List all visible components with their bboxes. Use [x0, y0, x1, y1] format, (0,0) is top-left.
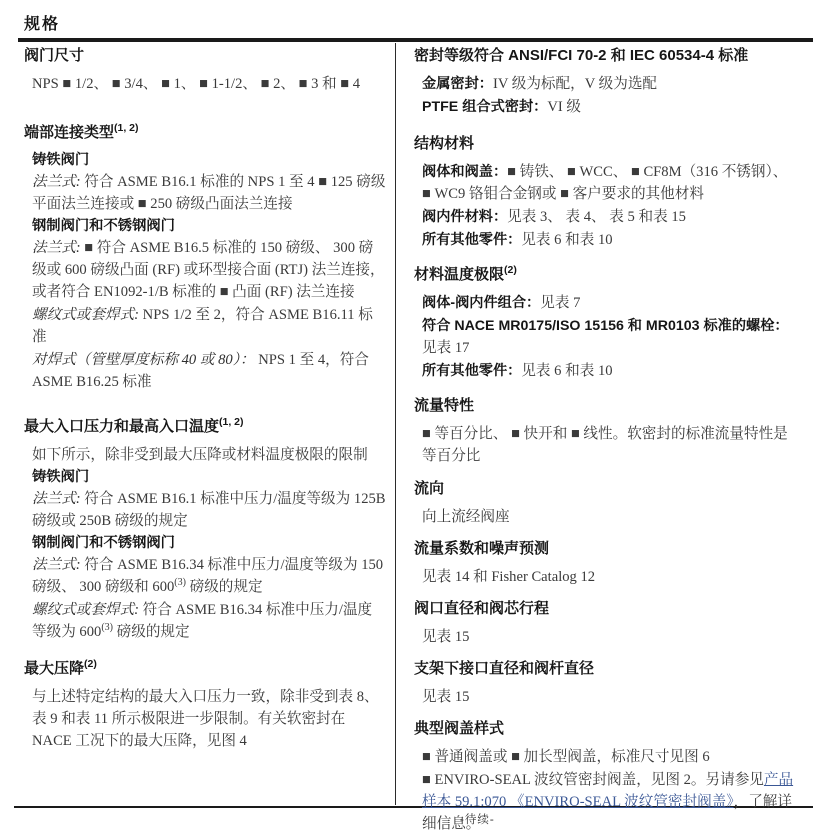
section-flow-coefficients: 流量系数和噪声预测 见表 14 和 Fisher Catalog 12: [414, 539, 794, 588]
flanged-label: 法兰式:: [32, 240, 81, 256]
other-parts-text: 见表 6 和表 10: [521, 363, 612, 379]
ptfe-seat-para: PTFE 组合式密封：VI 级: [422, 96, 794, 118]
max-inlet-intro: 如下所示，除非受到最大压降或材料温度极限的限制: [32, 444, 386, 466]
temperature-limits-heading-text: 材料温度极限: [414, 266, 504, 283]
section-port-diameters: 阀口直径和阀芯行程 见表 15: [414, 599, 794, 648]
rating-text: 磅级的规定: [186, 579, 263, 595]
yoke-boss-heading: 支架下接口直径和阀杆直径: [414, 659, 794, 679]
nace-bolting-label: 符合 NACE MR0175/ISO 15156 和 MR0103 标准的螺栓：: [422, 318, 789, 334]
right-column: 密封等级符合 ANSI/FCI 70-2 和 IEC 60534-4 标准 金属…: [414, 46, 794, 832]
trim-material-para: 阀内件材料：见表 3、 表 4、 表 5 和表 15: [422, 206, 794, 228]
section-valve-sizes: 阀门尺寸 NPS ■ 1/2、 ■ 3/4、 ■ 1、 ■ 1-1/2、 ■ 2…: [24, 46, 386, 95]
valve-sizes-body: NPS ■ 1/2、 ■ 3/4、 ■ 1、 ■ 1-1/2、 ■ 2、 ■ 3…: [32, 73, 386, 95]
max-pressure-drop-heading-text: 最大压降: [24, 660, 84, 677]
flow-characteristics-heading: 流量特性: [414, 396, 794, 416]
flow-coefficients-body: 见表 14 和 Fisher Catalog 12: [422, 566, 794, 588]
steel-valves-subheading: 钢制阀门和不锈钢阀门: [32, 216, 386, 236]
shutoff-class-heading: 密封等级符合 ANSI/FCI 70-2 和 IEC 60534-4 标准: [414, 46, 794, 66]
cast-iron-flanged-para: 法兰式: 符合 ASME B16.1 标准的 NPS 1 至 4 ■ 125 磅…: [32, 171, 386, 215]
section-bonnet-styles: 典型阀盖样式 ■ 普通阀盖或 ■ 加长型阀盖，标准尺寸见图 6 ■ ENVIRO…: [414, 719, 794, 832]
flow-coefficients-heading: 流量系数和噪声预测: [414, 539, 794, 559]
bonnet-styles-heading-text: 典型阀盖样式: [414, 720, 504, 737]
page-title: 规格: [24, 11, 60, 34]
port-diameters-heading-text: 阀口直径和阀芯行程: [414, 600, 549, 617]
bonnet-styles-heading: 典型阀盖样式: [414, 719, 794, 739]
buttweld-label: 对焊式（管壁厚度标称 40 或 80）：: [32, 352, 255, 368]
flow-direction-body: 向上流经阀座: [422, 506, 794, 528]
screwed-label: 螺纹式或套焊式:: [32, 307, 139, 323]
construction-materials-heading: 结构材料: [414, 134, 794, 154]
metal-seat-para: 金属密封：IV 级为标配，V 级为选配: [422, 73, 794, 95]
section-max-inlet: 最大入口压力和最高入口温度(1, 2) 如下所示，除非受到最大压降或材料温度极限…: [24, 417, 386, 643]
screwed-label: 螺纹式或套焊式:: [32, 602, 139, 618]
flanged-label: 法兰式:: [32, 491, 81, 507]
footnote-ref-1-2: (1, 2): [219, 416, 244, 428]
port-diameters-body: 见表 15: [422, 626, 794, 648]
section-end-connections: 端部连接类型(1, 2) 铸铁阀门 法兰式: 符合 ASME B16.1 标准的…: [24, 123, 386, 393]
yoke-boss-heading-text: 支架下接口直径和阀杆直径: [414, 660, 594, 677]
steel-rating-para: 法兰式: 符合 ASME B16.34 标准中压力/温度等级为 150 磅级、 …: [32, 554, 386, 598]
footnote-ref-2: (2): [84, 658, 97, 670]
other-parts-para: 所有其他零件：见表 6 和表 10: [422, 229, 794, 251]
body-trim-combo-text: 见表 7: [540, 295, 580, 311]
screwed-rating-para: 螺纹式或套焊式: 符合 ASME B16.34 标准中压力/温度等级为 600(…: [32, 599, 386, 643]
trim-material-text: 见表 3、 表 4、 表 5 和表 15: [507, 209, 686, 225]
construction-materials-heading-text: 结构材料: [414, 135, 474, 152]
metal-seat-text: IV 级为标配，V 级为选配: [493, 76, 657, 92]
flow-characteristics-heading-text: 流量特性: [414, 397, 474, 414]
buttweld-para: 对焊式（管壁厚度标称 40 或 80）： NPS 1 至 4，符合 ASME B…: [32, 349, 386, 393]
metal-seat-label: 金属密封：: [422, 76, 493, 92]
footnote-ref-2: (2): [504, 264, 517, 276]
screwed-socketweld-para: 螺纹式或套焊式: NPS 1/2 至 2，符合 ASME B16.11 标准: [32, 304, 386, 348]
section-max-pressure-drop: 最大压降(2) 与上述特定结构的最大入口压力一致，除非受到表 8、 表 9 和表…: [24, 659, 386, 752]
other-parts-para: 所有其他零件：见表 6 和表 10: [422, 360, 794, 382]
section-flow-direction: 流向 向上流经阀座: [414, 479, 794, 528]
section-shutoff-class: 密封等级符合 ANSI/FCI 70-2 和 IEC 60534-4 标准 金属…: [414, 46, 794, 118]
body-bonnet-para: 阀体和阀盖：■ 铸铁、 ■ WCC、 ■ CF8M（316 不锈钢）、 ■ WC…: [422, 161, 794, 205]
body-bonnet-label: 阀体和阀盖：: [422, 164, 507, 180]
other-parts-label: 所有其他零件：: [422, 363, 521, 379]
bonnet-enviro-seal-text: ■ ENVIRO-SEAL 波纹管密封阀盖，见图 2。另请参见: [422, 772, 764, 788]
flanged-text: 符合 ASME B16.1 标准的 NPS 1 至 4 ■ 125 磅级平面法兰…: [32, 174, 385, 212]
cast-iron-valves-subheading: 铸铁阀门: [32, 150, 386, 170]
flanged-label: 法兰式:: [32, 174, 81, 190]
cast-iron-valves-subheading: 铸铁阀门: [32, 467, 386, 487]
flow-coefficients-heading-text: 流量系数和噪声预测: [414, 540, 549, 557]
max-pressure-drop-body: 与上述特定结构的最大入口压力一致，除非受到表 8、 表 9 和表 11 所示极限…: [32, 686, 386, 752]
section-construction-materials: 结构材料 阀体和阀盖：■ 铸铁、 ■ WCC、 ■ CF8M（316 不锈钢）、…: [414, 134, 794, 251]
bonnet-enviro-seal-para: ■ ENVIRO-SEAL 波纹管密封阀盖，见图 2。另请参见产品样本 59.1…: [422, 769, 794, 832]
section-yoke-boss: 支架下接口直径和阀杆直径 见表 15: [414, 659, 794, 708]
end-connections-heading: 端部连接类型(1, 2): [24, 123, 386, 143]
shutoff-class-heading-text: 密封等级符合 ANSI/FCI 70-2 和 IEC 60534-4 标准: [414, 47, 748, 64]
bonnet-plain-extension-para: ■ 普通阀盖或 ■ 加长型阀盖，标准尺寸见图 6: [422, 746, 794, 768]
footnote-ref-1-2: (1, 2): [114, 122, 139, 134]
section-temperature-limits: 材料温度极限(2) 阀体-阀内件组合：见表 7 符合 NACE MR0175/I…: [414, 265, 794, 382]
left-column: 阀门尺寸 NPS ■ 1/2、 ■ 3/4、 ■ 1、 ■ 1-1/2、 ■ 2…: [24, 46, 386, 753]
body-trim-combo-label: 阀体-阀内件组合：: [422, 295, 540, 311]
specifications-page: 规格 -待续- 阀门尺寸 NPS ■ 1/2、 ■ 3/4、 ■ 1、 ■ 1-…: [0, 0, 813, 832]
column-divider: [395, 43, 396, 805]
flanged-text: ■ 符合 ASME B16.5 标准的 150 磅级、 300 磅级或 600 …: [32, 240, 385, 300]
ptfe-seat-label: PTFE 组合式密封：: [422, 99, 547, 115]
rating-text: 符合 ASME B16.1 标准中压力/温度等级为 125B 磅级或 250B …: [32, 491, 386, 529]
nace-bolting-text: 见表 17: [422, 340, 469, 356]
yoke-boss-body: 见表 15: [422, 686, 794, 708]
section-flow-characteristics: 流量特性 ■ 等百分比、 ■ 快开和 ■ 线性。软密封的标准流量特性是等百分比: [414, 396, 794, 467]
other-parts-text: 见表 6 和表 10: [521, 232, 612, 248]
temperature-limits-heading: 材料温度极限(2): [414, 265, 794, 285]
max-inlet-heading: 最大入口压力和最高入口温度(1, 2): [24, 417, 386, 437]
flow-characteristics-body: ■ 等百分比、 ■ 快开和 ■ 线性。软密封的标准流量特性是等百分比: [422, 423, 794, 467]
flow-direction-heading-text: 流向: [414, 480, 444, 497]
steel-valves-subheading: 钢制阀门和不锈钢阀门: [32, 533, 386, 553]
max-pressure-drop-heading: 最大压降(2): [24, 659, 386, 679]
max-inlet-heading-text: 最大入口压力和最高入口温度: [24, 418, 219, 435]
top-rule: [18, 38, 813, 42]
port-diameters-heading: 阀口直径和阀芯行程: [414, 599, 794, 619]
end-connections-heading-text: 端部连接类型: [24, 124, 114, 141]
valve-sizes-heading: 阀门尺寸: [24, 46, 386, 66]
nace-bolting-para: 符合 NACE MR0175/ISO 15156 和 MR0103 标准的螺栓：…: [422, 315, 794, 359]
trim-material-label: 阀内件材料：: [422, 209, 507, 225]
cast-iron-rating-para: 法兰式: 符合 ASME B16.1 标准中压力/温度等级为 125B 磅级或 …: [32, 488, 386, 532]
flanged-label: 法兰式:: [32, 557, 81, 573]
footnote-ref-3: (3): [174, 577, 186, 588]
body-trim-combo-para: 阀体-阀内件组合：见表 7: [422, 292, 794, 314]
flow-direction-heading: 流向: [414, 479, 794, 499]
rating-text: 磅级的规定: [113, 624, 190, 640]
footnote-ref-3: (3): [101, 622, 113, 633]
valve-sizes-heading-text: 阀门尺寸: [24, 47, 84, 64]
other-parts-label: 所有其他零件：: [422, 232, 521, 248]
ptfe-seat-text: VI 级: [547, 99, 581, 115]
steel-flanged-para: 法兰式: ■ 符合 ASME B16.5 标准的 150 磅级、 300 磅级或…: [32, 237, 386, 303]
